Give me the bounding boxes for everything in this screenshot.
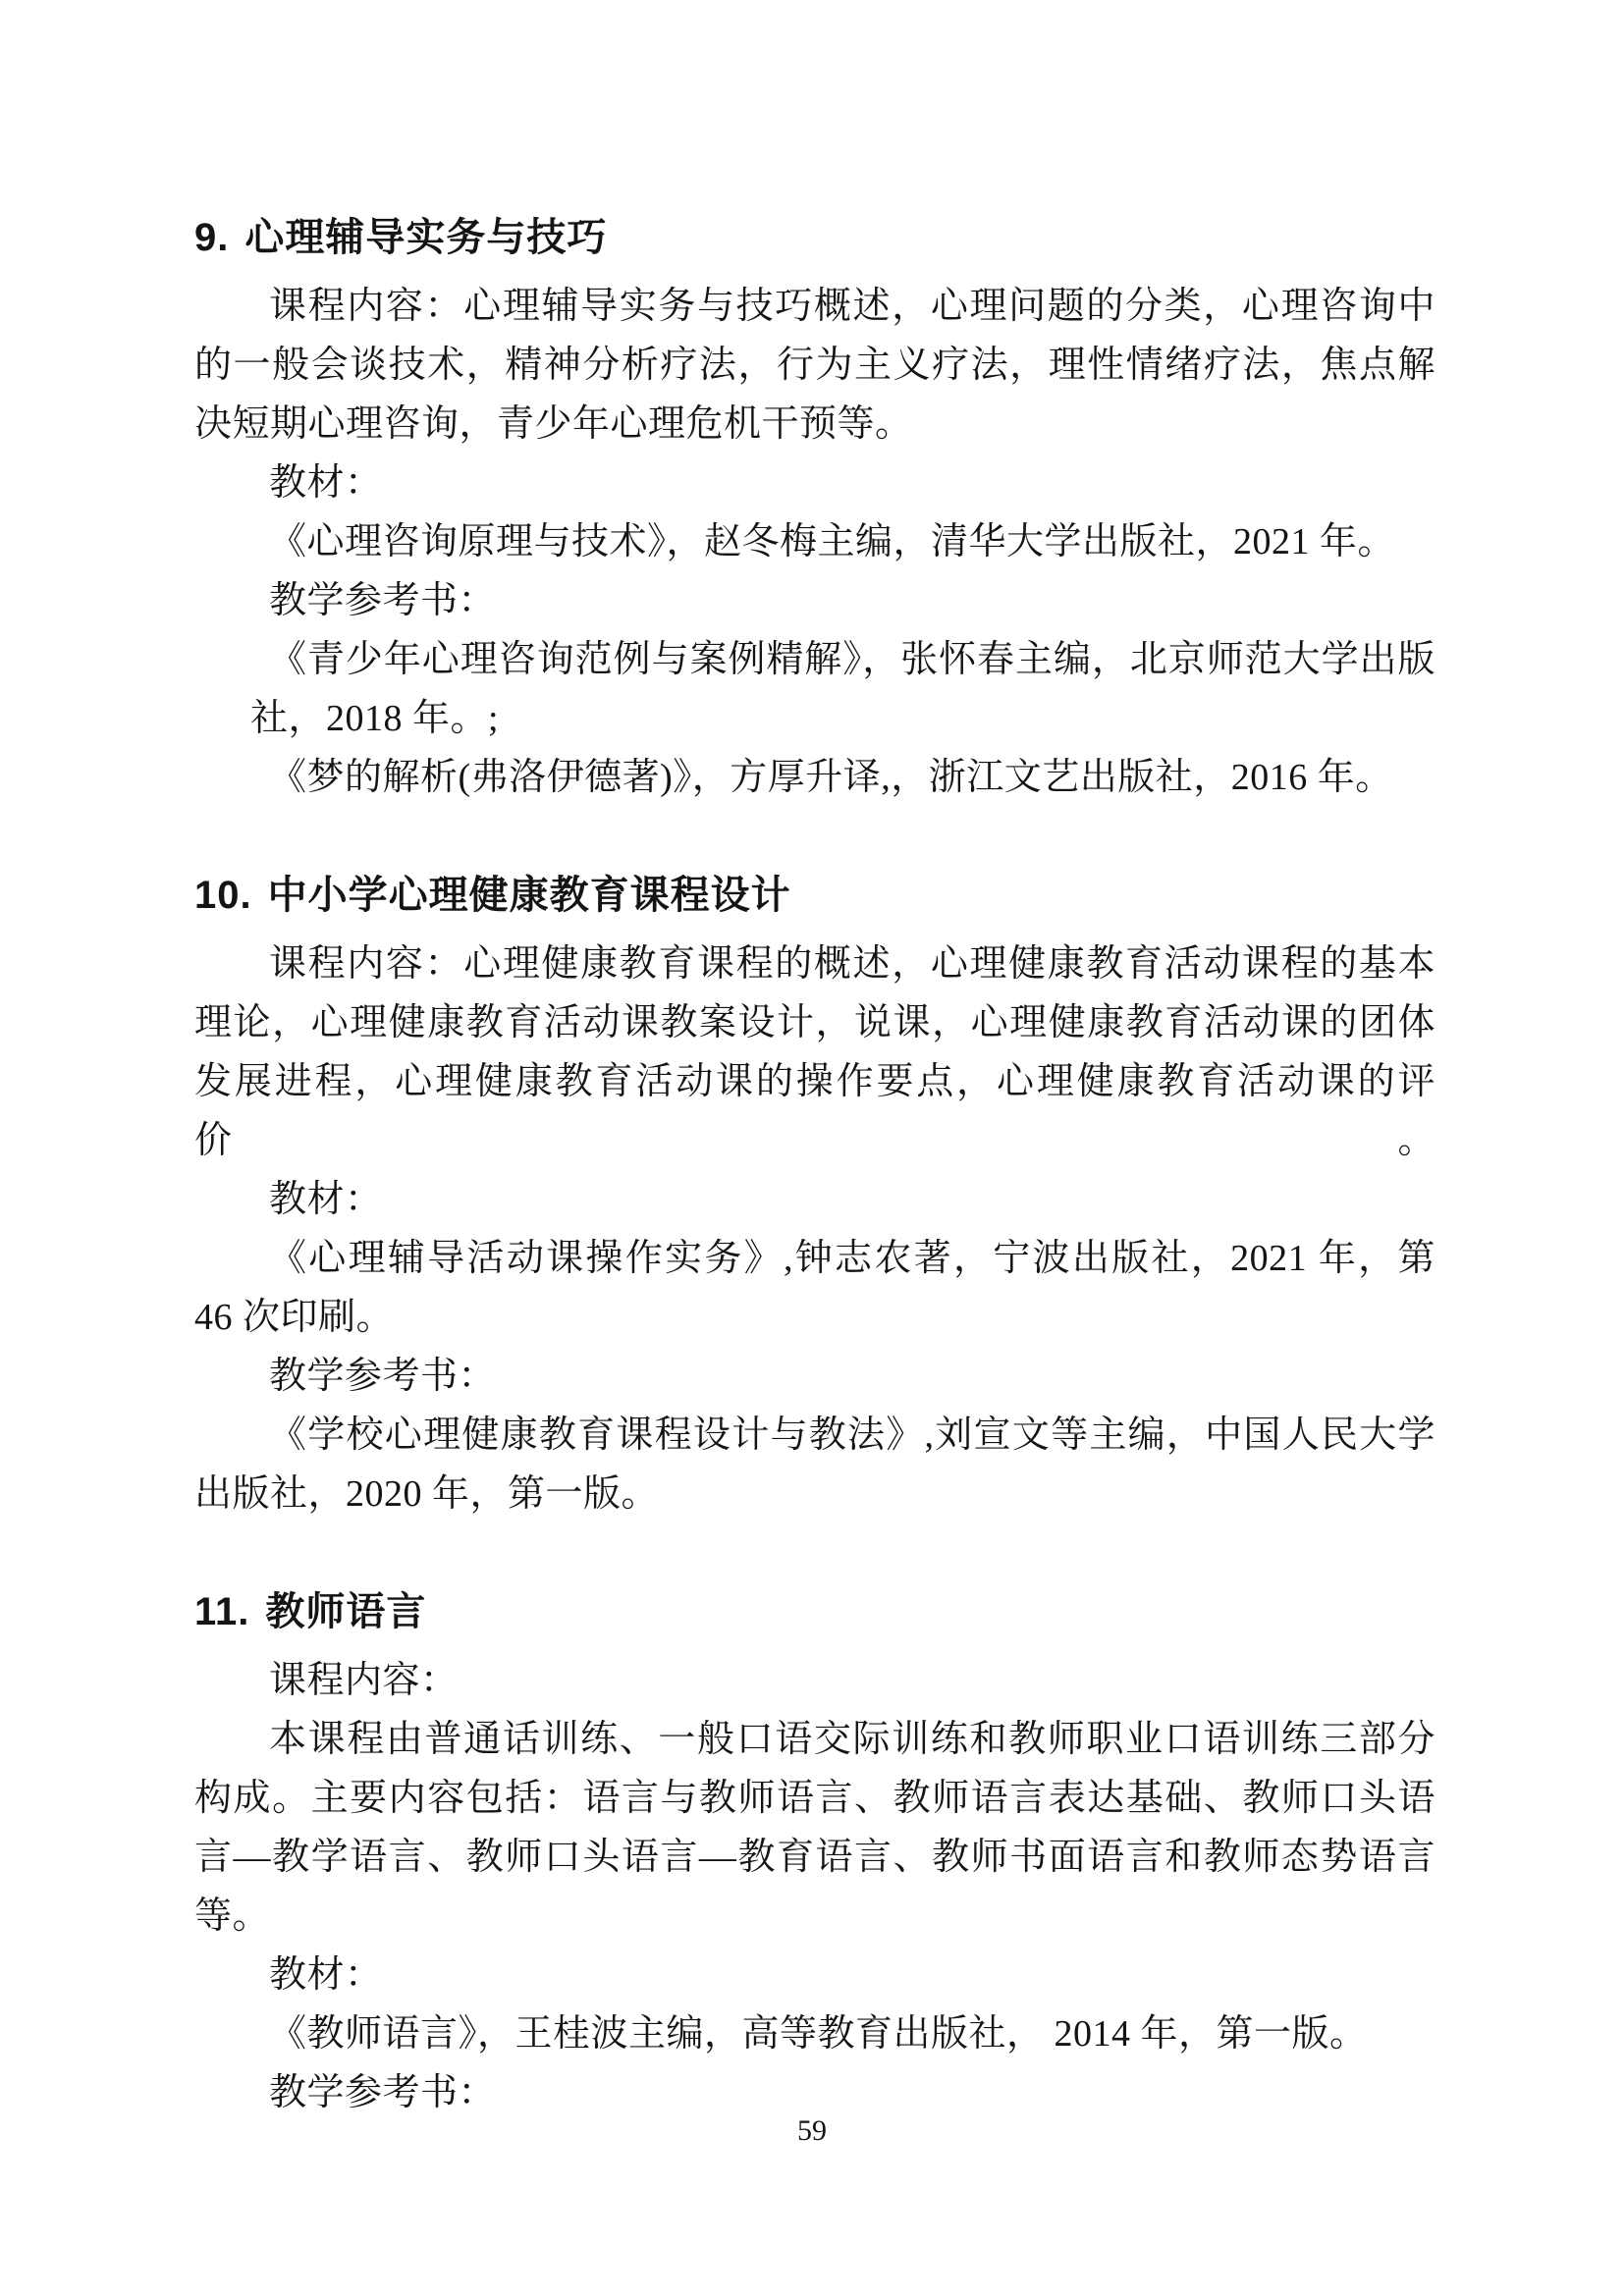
text-line: 课程内容：心理辅导实务与技巧概述，心理问题的分类，心理咨询中 — [194, 277, 1435, 336]
section-11-heading: 11.教师语言 — [194, 1580, 1435, 1643]
page-number: 59 — [0, 2113, 1624, 2149]
section-9-heading: 9.心理辅导实务与技巧 — [194, 206, 1435, 269]
text-line: 出版社，2020 年，第一版。 — [194, 1465, 1435, 1523]
section-10: 10.中小学心理健康教育课程设计 课程内容：心理健康教育课程的概述，心理健康教育… — [194, 864, 1435, 1523]
section-10-number: 10. — [194, 864, 252, 927]
text-line: 《学校心理健康教育课程设计与教法》,刘宣文等主编，中国人民大学 — [194, 1406, 1435, 1465]
section-10-heading: 10.中小学心理健康教育课程设计 — [194, 864, 1435, 927]
text-line: 《教师语言》，王桂波主编，高等教育出版社， 2014 年，第一版。 — [194, 2004, 1435, 2063]
text-line: 构成。主要内容包括：语言与教师语言、教师语言表达基础、教师口头语 — [194, 1769, 1435, 1828]
text-line: 《梦的解析(弗洛伊德著)》，方厚升译,，浙江文艺出版社，2016 年。 — [194, 748, 1435, 807]
section-9: 9.心理辅导实务与技巧 课程内容：心理辅导实务与技巧概述，心理问题的分类，心理咨… — [194, 206, 1435, 807]
text-line: 言—教学语言、教师口头语言—教育语言、教师书面语言和教师态势语言 — [194, 1828, 1435, 1887]
section-11: 11.教师语言 课程内容： 本课程由普通话训练、一般口语交际训练和教师职业口语训… — [194, 1580, 1435, 2122]
section-11-number: 11. — [194, 1580, 249, 1643]
text-line: 发展进程，心理健康教育活动课的操作要点，心理健康教育活动课的评价。 — [194, 1052, 1435, 1170]
document-page: 9.心理辅导实务与技巧 课程内容：心理辅导实务与技巧概述，心理问题的分类，心理咨… — [0, 0, 1624, 2296]
section-9-title: 心理辅导实务与技巧 — [244, 216, 607, 259]
text-line: 课程内容：心理健康教育课程的概述，心理健康教育活动课程的基本 — [194, 934, 1435, 993]
text-line: 《青少年心理咨询范例与案例精解》，张怀春主编，北京师范大学出版 — [194, 630, 1435, 689]
text-line: 《心理咨询原理与技术》，赵冬梅主编，清华大学出版社，2021 年。 — [194, 512, 1435, 571]
section-9-number: 9. — [194, 206, 229, 269]
text-line: 课程内容： — [194, 1651, 1435, 1710]
text-line: 本课程由普通话训练、一般口语交际训练和教师职业口语训练三部分 — [194, 1710, 1435, 1769]
text-line: 教材： — [194, 1170, 1435, 1229]
section-11-title: 教师语言 — [265, 1590, 426, 1633]
text-line: 社，2018 年。; — [194, 689, 1435, 748]
text-line: 理论，心理健康教育活动课教案设计，说课，心理健康教育活动课的团体 — [194, 993, 1435, 1052]
text-line: 教材： — [194, 1946, 1435, 2004]
text-line: 教学参考书： — [194, 1347, 1435, 1406]
text-line: 46 次印刷。 — [194, 1288, 1435, 1347]
text-line: 等。 — [194, 1887, 1435, 1946]
text-line: 的一般会谈技术，精神分析疗法，行为主义疗法，理性情绪疗法，焦点解 — [194, 336, 1435, 395]
text-line: 教材： — [194, 454, 1435, 512]
text-line: 决短期心理咨询，青少年心理危机干预等。 — [194, 395, 1435, 454]
text-line: 《心理辅导活动课操作实务》,钟志农著，宁波出版社，2021 年，第 — [194, 1229, 1435, 1288]
section-10-title: 中小学心理健康教育课程设计 — [268, 874, 791, 917]
text-line: 教学参考书： — [194, 571, 1435, 630]
